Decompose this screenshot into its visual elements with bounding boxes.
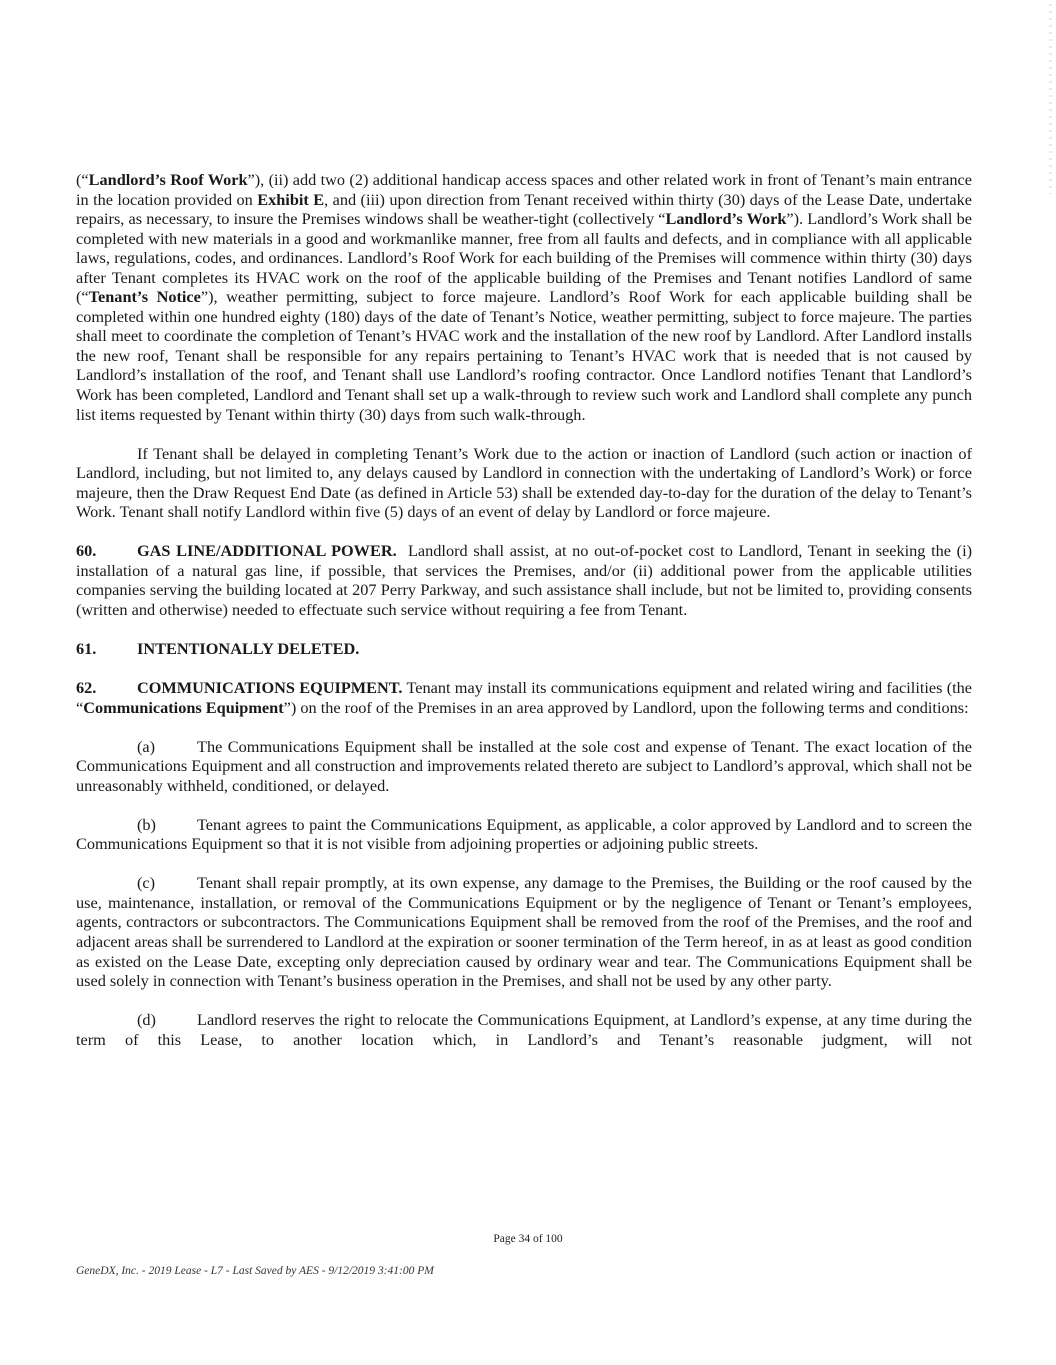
defined-term-communications-equipment: Communications Equipment (83, 698, 283, 717)
subsection-a: (a)The Communications Equipment shall be… (76, 737, 972, 796)
subsection-text: Landlord reserves the right to relocate … (76, 1010, 972, 1049)
section-title: GAS LINE/ADDITIONAL POWER. (137, 541, 397, 560)
document-footer-info: GeneDX, Inc. - 2019 Lease - L7 - Last Sa… (76, 1265, 434, 1277)
delay-paragraph: If Tenant shall be delayed in completing… (76, 444, 972, 522)
section-number: 62. (76, 678, 137, 698)
section-title: COMMUNICATIONS EQUIPMENT. (137, 678, 403, 697)
defined-term-landlords-roof-work: Landlord’s Roof Work (89, 170, 248, 189)
intro-segment: ”), weather permitting, subject to force… (76, 287, 972, 423)
subsection-text: Tenant agrees to paint the Communication… (76, 815, 972, 854)
section-62: 62.COMMUNICATIONS EQUIPMENT. Tenant may … (76, 678, 972, 717)
section-title: INTENTIONALLY DELETED. (137, 639, 359, 658)
subsection-label: (b) (137, 815, 197, 835)
page-number: Page 34 of 100 (0, 1233, 1056, 1245)
section-number: 61. (76, 639, 137, 659)
exhibit-reference: Exhibit E (257, 190, 324, 209)
document-page-body: (“Landlord’s Roof Work”), (ii) add two (… (76, 170, 972, 1069)
subsection-label: (a) (137, 737, 197, 757)
intro-paragraph: (“Landlord’s Roof Work”), (ii) add two (… (76, 170, 972, 424)
defined-term-landlords-work: Landlord’s Work (666, 209, 787, 228)
subsection-c: (c)Tenant shall repair promptly, at its … (76, 873, 972, 990)
section-60: 60.GAS LINE/ADDITIONAL POWER. Landlord s… (76, 541, 972, 619)
section-body: ”) on the roof of the Premises in an are… (284, 698, 969, 717)
section-number: 60. (76, 541, 137, 561)
scan-artifact-marks (1049, 4, 1052, 194)
subsection-d: (d)Landlord reserves the right to reloca… (76, 1010, 972, 1049)
subsection-label: (c) (137, 873, 197, 893)
subsection-text: The Communications Equipment shall be in… (76, 737, 972, 795)
subsection-label: (d) (137, 1010, 197, 1030)
subsection-b: (b)Tenant agrees to paint the Communicat… (76, 815, 972, 854)
section-61: 61.INTENTIONALLY DELETED. (76, 639, 972, 659)
intro-segment: (“ (76, 170, 89, 189)
defined-term-tenants-notice: Tenant’s Notice (89, 287, 201, 306)
subsection-text: Tenant shall repair promptly, at its own… (76, 873, 972, 990)
